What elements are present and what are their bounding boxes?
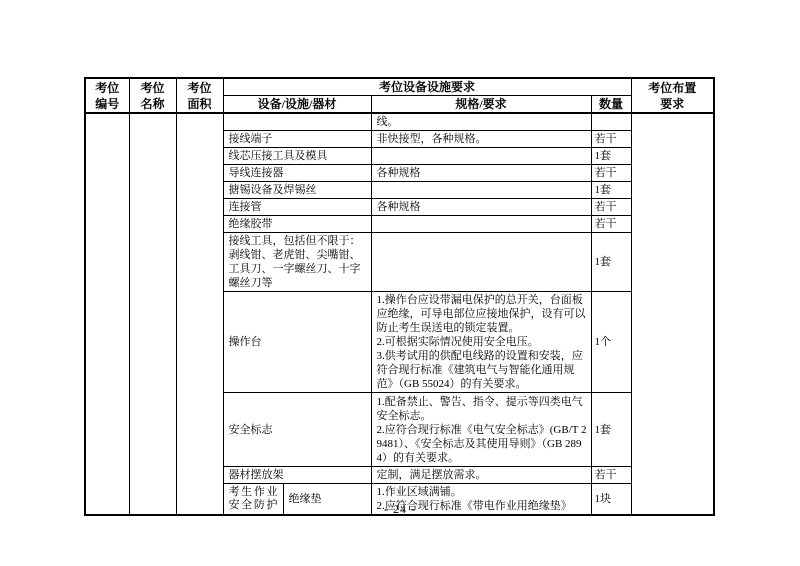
layout-requirements-cell — [631, 113, 714, 515]
spec-cell: 定制，满足摆放需求。 — [371, 467, 591, 484]
header-seat-area: 考位 面积 — [176, 78, 223, 113]
qty-cell: 若干 — [591, 165, 631, 182]
spec-cell: 线。 — [371, 113, 591, 131]
qty-cell — [591, 113, 631, 131]
seat-area-cell — [176, 113, 223, 515]
device-cell: 搪锡设备及焊锡丝 — [223, 182, 371, 199]
equipment-requirements-table: 考位 编号 考位 名称 考位 面积 考位设备设施要求 考位布置 要求 设备/设施… — [84, 77, 715, 516]
device-cell: 操作台 — [223, 292, 371, 393]
spec-cell: 1.操作台应设带漏电保护的总开关，台面板应绝缘，可导电部位应接地保护，设有可以防… — [371, 292, 591, 393]
qty-cell: 若干 — [591, 216, 631, 233]
device-cell: 接线端子 — [223, 131, 371, 148]
header-device: 设备/设施/器材 — [223, 96, 371, 114]
spec-cell: 各种规格 — [371, 199, 591, 216]
device-group-line1: 考生作业 — [229, 486, 278, 499]
spec-cell — [371, 216, 591, 233]
qty-cell: 1套 — [591, 182, 631, 199]
spec-cell — [371, 182, 591, 199]
qty-cell: 若干 — [591, 131, 631, 148]
header-spec: 规格/要求 — [371, 96, 591, 114]
qty-cell: 若干 — [591, 199, 631, 216]
device-cell: 安全标志 — [223, 393, 371, 467]
table-row: 线。 — [85, 113, 714, 131]
device-cell: 导线连接器 — [223, 165, 371, 182]
header-layout-requirements: 考位布置 要求 — [631, 78, 714, 113]
spec-cell — [371, 148, 591, 165]
spec-cell: 1.配备禁止、警告、指令、提示等四类电气安全标志。 2.应符合现行标准《电气安全… — [371, 393, 591, 467]
spec-cell: 非快接型，各种规格。 — [371, 131, 591, 148]
qty-cell: 1套 — [591, 233, 631, 292]
header-equipment-requirements: 考位设备设施要求 — [223, 78, 631, 96]
seat-name-cell — [129, 113, 176, 515]
device-cell: 绝缘胶带 — [223, 216, 371, 233]
device-cell — [223, 113, 371, 131]
seat-number-cell — [85, 113, 129, 515]
header-qty: 数量 — [591, 96, 631, 114]
device-cell: 线芯压接工具及模具 — [223, 148, 371, 165]
header-row-1: 考位 编号 考位 名称 考位 面积 考位设备设施要求 考位布置 要求 — [85, 78, 714, 96]
qty-cell: 若干 — [591, 467, 631, 484]
device-cell: 连接管 — [223, 199, 371, 216]
document-page: { "page": { "number": "- 24 -" }, "table… — [0, 0, 800, 566]
header-seat-number: 考位 编号 — [85, 78, 129, 113]
header-seat-name: 考位 名称 — [129, 78, 176, 113]
device-cell: 接线工具，包括但不限于：剥线钳、老虎钳、尖嘴钳、工具刀、一字螺丝刀、十字螺丝刀等 — [223, 233, 371, 292]
qty-cell: 1套 — [591, 148, 631, 165]
spec-cell: 各种规格 — [371, 165, 591, 182]
device-cell: 器材摆放架 — [223, 467, 371, 484]
qty-cell: 1个 — [591, 292, 631, 393]
qty-cell: 1套 — [591, 393, 631, 467]
spec-cell — [371, 233, 591, 292]
page-number: - 24 - — [0, 502, 800, 517]
